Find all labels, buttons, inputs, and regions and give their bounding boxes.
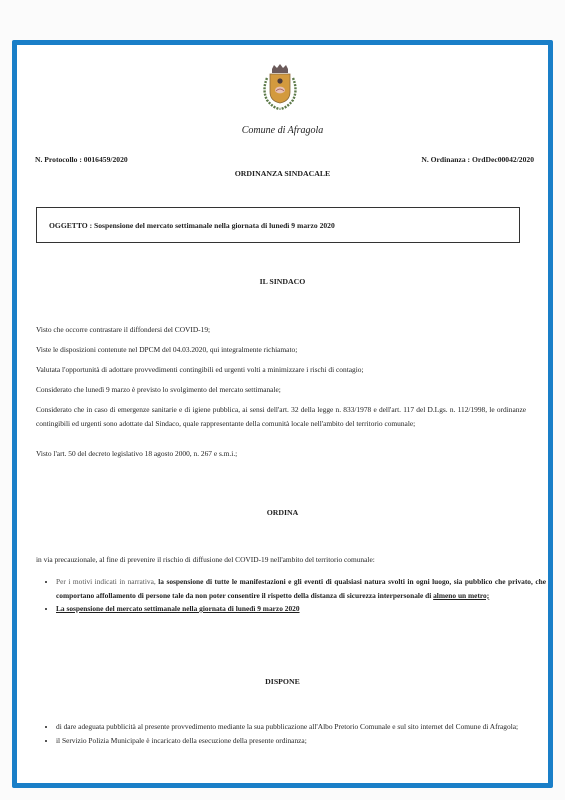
heading-il-sindaco: IL SINDACO [17,277,548,288]
paragraph: Visto che occorre contrastare il diffond… [36,325,526,336]
ordina-item: La sospensione del mercato settimanale n… [56,602,546,616]
dispone-list: di dare adeguata pubblicità al presente … [36,720,546,747]
heading-dispone: DISPONE [17,677,548,688]
ordina-item-text: La sospensione del mercato settimanale n… [56,604,300,613]
ordina-item: Per i motivi indicati in narrativa, la s… [56,575,546,602]
dispone-item: di dare adeguata pubblicità al presente … [56,720,546,734]
heading-ordina: ORDINA [17,508,548,519]
document-page: Comune di Afragola N. Protocollo : 00164… [17,45,548,783]
document-title: ORDINANZA SINDACALE [17,169,548,180]
ordinance-number: N. Ordinanza : OrdDec00042/2020 [421,155,534,166]
subject-text: OGGETTO : Sospensione del mercato settim… [49,221,335,232]
paragraph: Valutata l'opportunità di adottare provv… [36,365,526,376]
paragraph: Considerato che in caso di emergenze san… [36,403,526,430]
ordina-list: Per i motivi indicati in narrativa, la s… [36,575,546,616]
dispone-item: il Servizio Polizia Municipale è incaric… [56,734,546,748]
document-frame: Comune di Afragola N. Protocollo : 00164… [12,40,553,788]
comune-name: Comune di Afragola [17,126,548,137]
protocol-number: N. Protocollo : 0016459/2020 [35,155,128,166]
subject-box: OGGETTO : Sospensione del mercato settim… [36,207,520,243]
ordina-item-prefix: Per i motivi indicati in narrativa, [56,577,156,586]
coat-of-arms-icon [259,64,301,110]
ordina-intro: in via precauzionale, al fine di preveni… [36,555,526,566]
ordina-item-underlined: almeno un metro; [433,591,489,600]
paragraph: Considerato che lunedì 9 marzo è previst… [36,385,526,396]
paragraph: Viste le disposizioni contenute nel DPCM… [36,345,526,356]
paragraph: Visto l'art. 50 del decreto legislativo … [36,449,526,460]
